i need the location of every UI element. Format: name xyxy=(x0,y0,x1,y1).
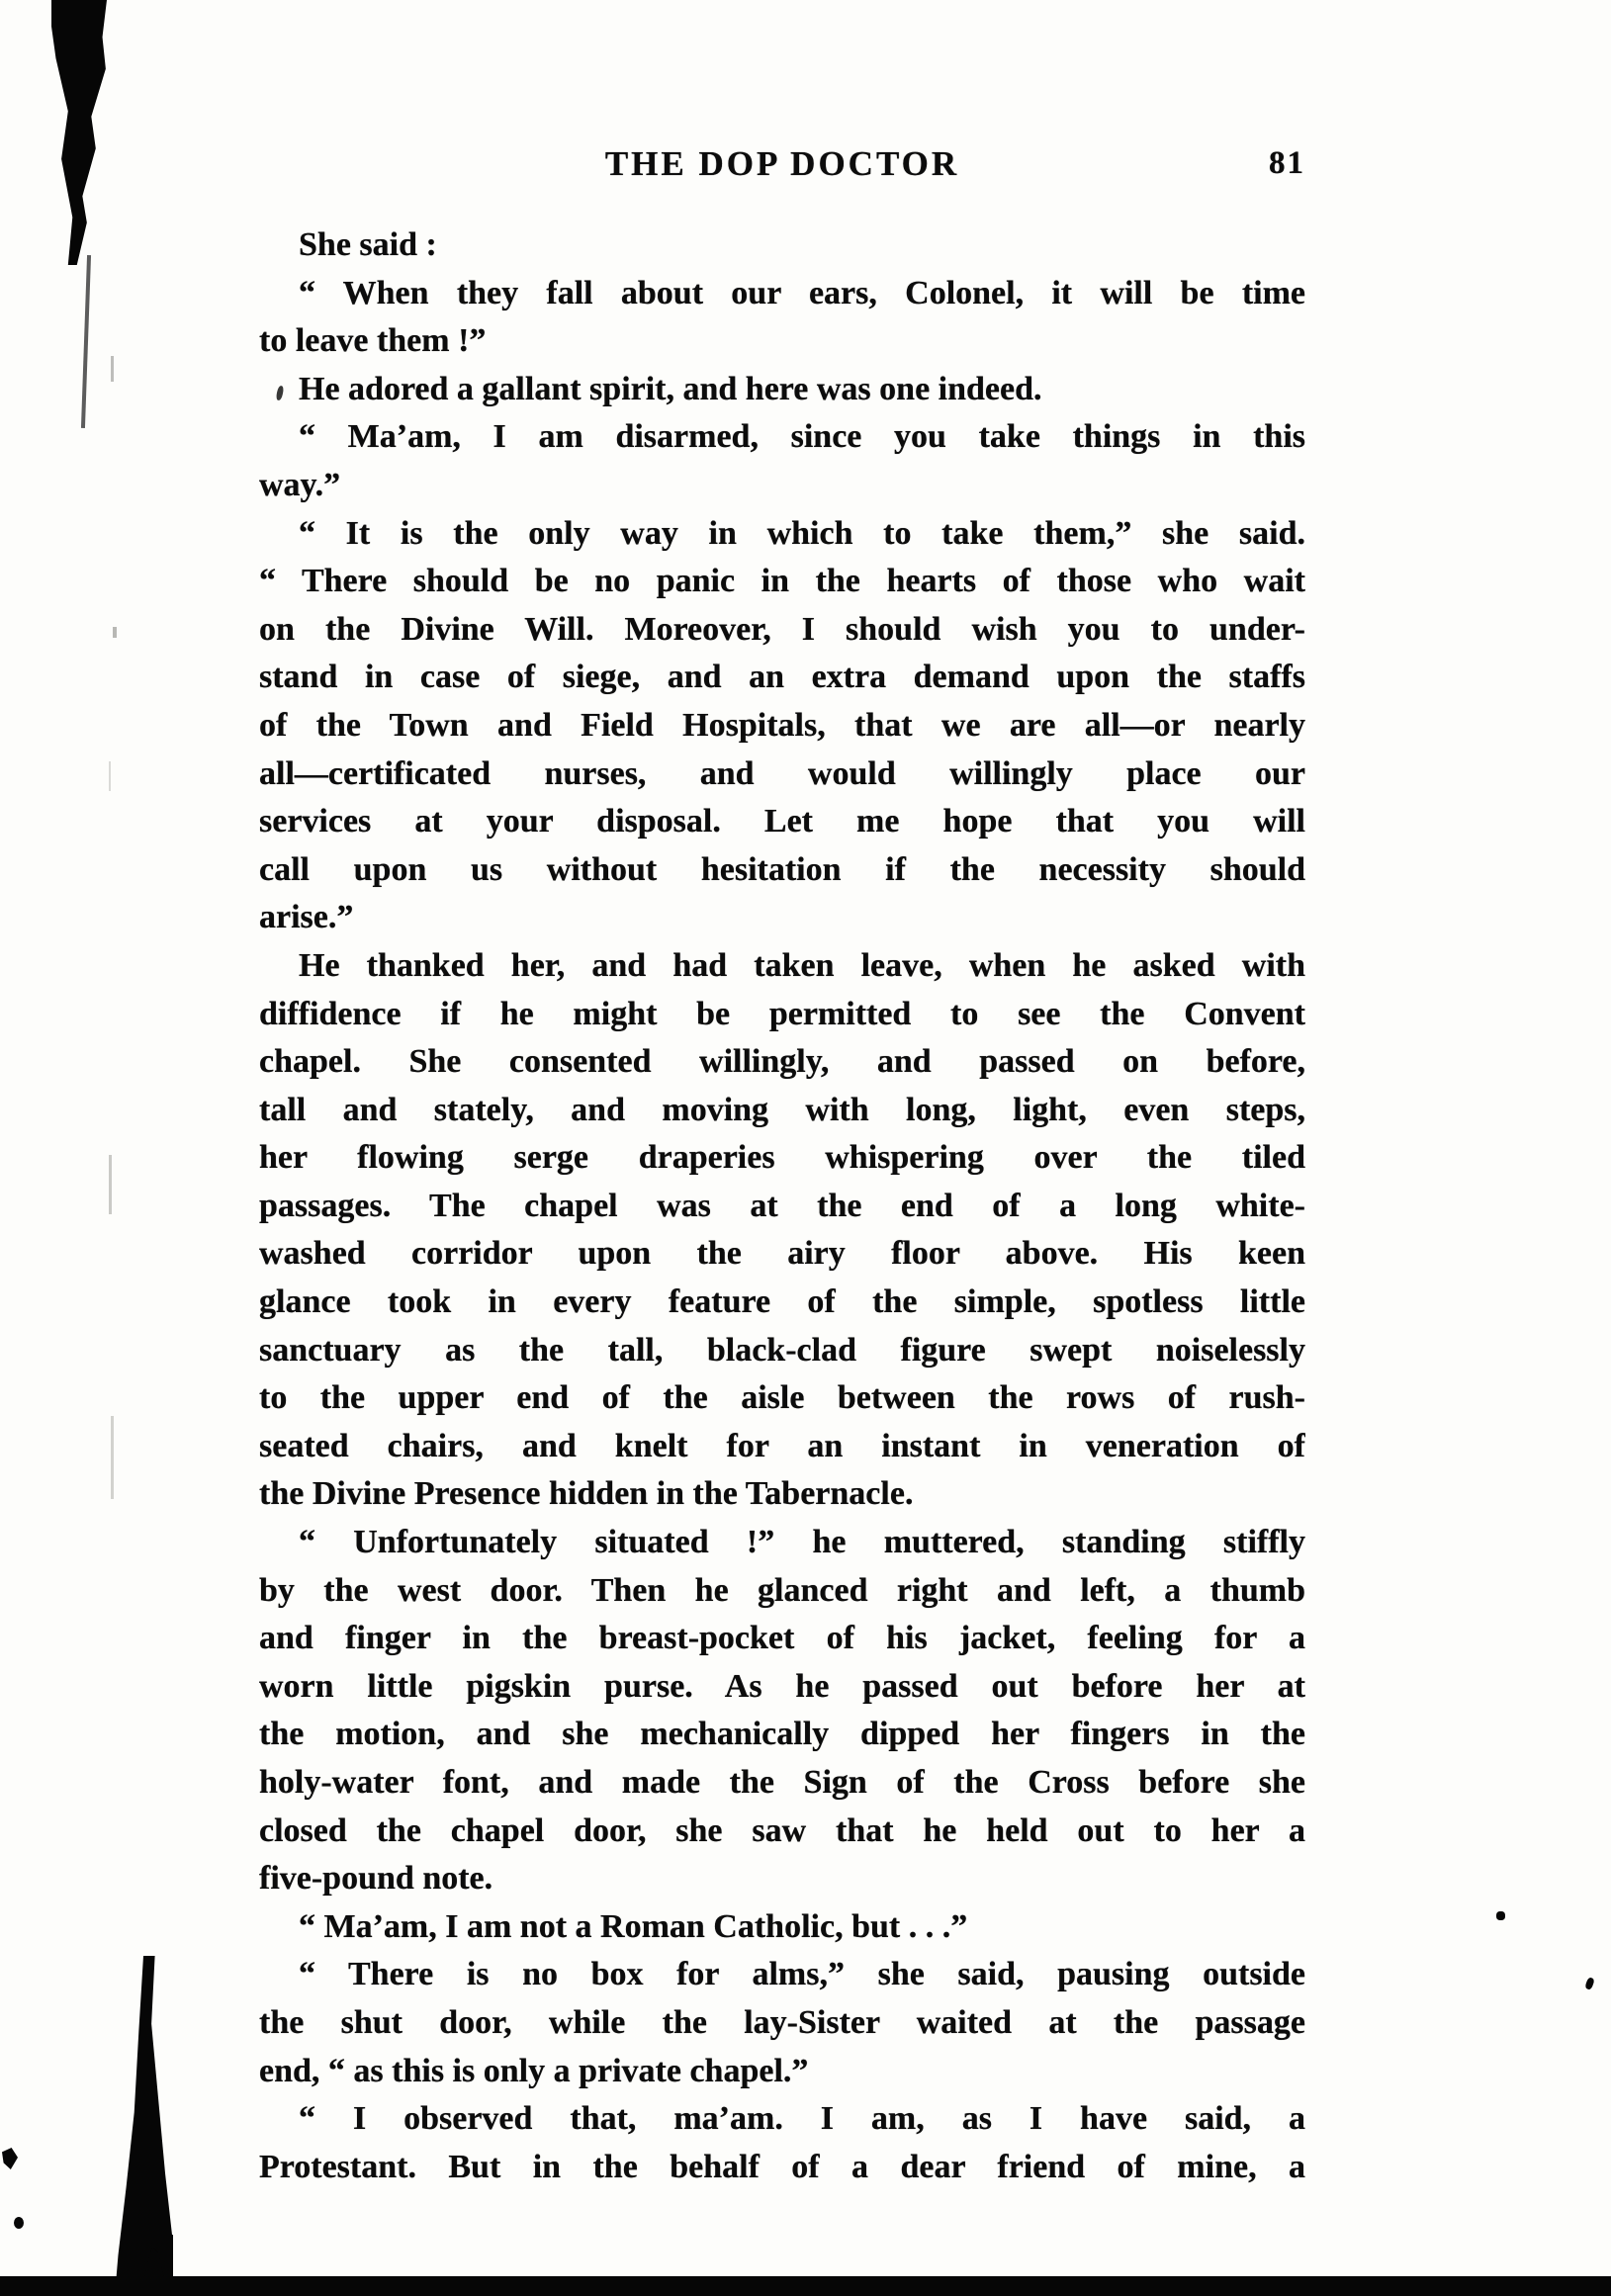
page-number: 81 xyxy=(1269,145,1305,182)
text-line: “ Ma’am, I am disarmed, since you take t… xyxy=(259,413,1305,462)
text-line: the shut door, while the lay-Sister wait… xyxy=(259,1999,1305,2048)
text-line: “ Ma’am, I am not a Roman Catholic, but … xyxy=(259,1903,1305,1952)
text-line: She said : xyxy=(259,221,1305,270)
text-line: “ There is no box for alms,” she said, p… xyxy=(259,1951,1305,1999)
text-line: closed the chapel door, she saw that he … xyxy=(259,1808,1305,1856)
ink-speck xyxy=(14,2217,24,2229)
text-line: arise.” xyxy=(259,894,1305,942)
text-line: way.” xyxy=(259,462,1305,510)
text-line: holy-water font, and made the Sign of th… xyxy=(259,1759,1305,1808)
ink-streak-top-left xyxy=(81,255,91,428)
text-line: end, “ as this is only a private chapel.… xyxy=(259,2048,1305,2096)
text-line: five-pound note. xyxy=(259,1855,1305,1903)
text-line: “ I observed that, ma’am. I am, as I hav… xyxy=(259,2095,1305,2144)
ink-speck xyxy=(1496,1911,1505,1920)
text-line: tall and stately, and moving with long, … xyxy=(259,1087,1305,1135)
text-line: “ There should be no panic in the hearts… xyxy=(259,558,1305,606)
text-line: chapel. She consented willingly, and pas… xyxy=(259,1038,1305,1087)
ink-blot-bottom-left xyxy=(115,1956,172,2296)
text-line: “ When they fall about our ears, Colonel… xyxy=(259,270,1305,318)
text-line: the motion, and she mechanically dipped … xyxy=(259,1711,1305,1759)
text-line: and finger in the breast-pocket of his j… xyxy=(259,1615,1305,1663)
running-title: THE DOP DOCTOR xyxy=(259,144,1305,184)
text-line: to leave them !” xyxy=(259,317,1305,366)
text-line: “ It is the only way in which to take th… xyxy=(259,510,1305,559)
text-line: Protestant. But in the behalf of a dear … xyxy=(259,2144,1305,2192)
ink-speck xyxy=(2,2148,18,2169)
text-line: to the upper end of the aisle between th… xyxy=(259,1374,1305,1423)
text-line: diffidence if he might be permitted to s… xyxy=(259,991,1305,1039)
scan-edge-spike xyxy=(168,2235,173,2279)
text-line: glance took in every feature of the simp… xyxy=(259,1279,1305,1327)
page-header: THE DOP DOCTOR 81 xyxy=(259,144,1305,196)
book-page: THE DOP DOCTOR 81 She said :“ When they … xyxy=(0,0,1611,2296)
text-line: washed corridor upon the airy floor abov… xyxy=(259,1230,1305,1279)
text-line: “ Unfortunately situated !” he muttered,… xyxy=(259,1519,1305,1567)
page-text: She said :“ When they fall about our ear… xyxy=(259,221,1305,2191)
gutter-mark xyxy=(111,356,114,382)
text-line: on the Divine Will. Moreover, I should w… xyxy=(259,606,1305,655)
text-line: passages. The chapel was at the end of a… xyxy=(259,1183,1305,1231)
text-line: worn little pigskin purse. As he passed … xyxy=(259,1663,1305,1712)
text-line: by the west door. Then he glanced right … xyxy=(259,1567,1305,1616)
ink-speck xyxy=(1584,1977,1595,1990)
text-line: He adored a gallant spirit, and here was… xyxy=(259,366,1305,414)
text-line: all—certificated nurses, and would willi… xyxy=(259,751,1305,799)
text-line: call upon us without hesitation if the n… xyxy=(259,846,1305,895)
gutter-mark xyxy=(109,1155,112,1214)
ink-blot-top-left xyxy=(51,0,107,265)
text-line: seated chairs, and knelt for an instant … xyxy=(259,1423,1305,1471)
text-line: the Divine Presence hidden in the Tabern… xyxy=(259,1470,1305,1519)
text-line: He thanked her, and had taken leave, whe… xyxy=(259,942,1305,991)
gutter-mark xyxy=(111,1416,114,1499)
gutter-mark xyxy=(109,761,111,791)
scan-edge-bar-bottom xyxy=(0,2276,1611,2296)
text-line: services at your disposal. Let me hope t… xyxy=(259,798,1305,846)
text-line: of the Town and Field Hospitals, that we… xyxy=(259,702,1305,751)
text-line: sanctuary as the tall, black-clad figure… xyxy=(259,1327,1305,1375)
text-line: stand in case of siege, and an extra dem… xyxy=(259,654,1305,702)
gutter-mark xyxy=(113,627,117,638)
text-line: her flowing serge draperies whispering o… xyxy=(259,1134,1305,1183)
